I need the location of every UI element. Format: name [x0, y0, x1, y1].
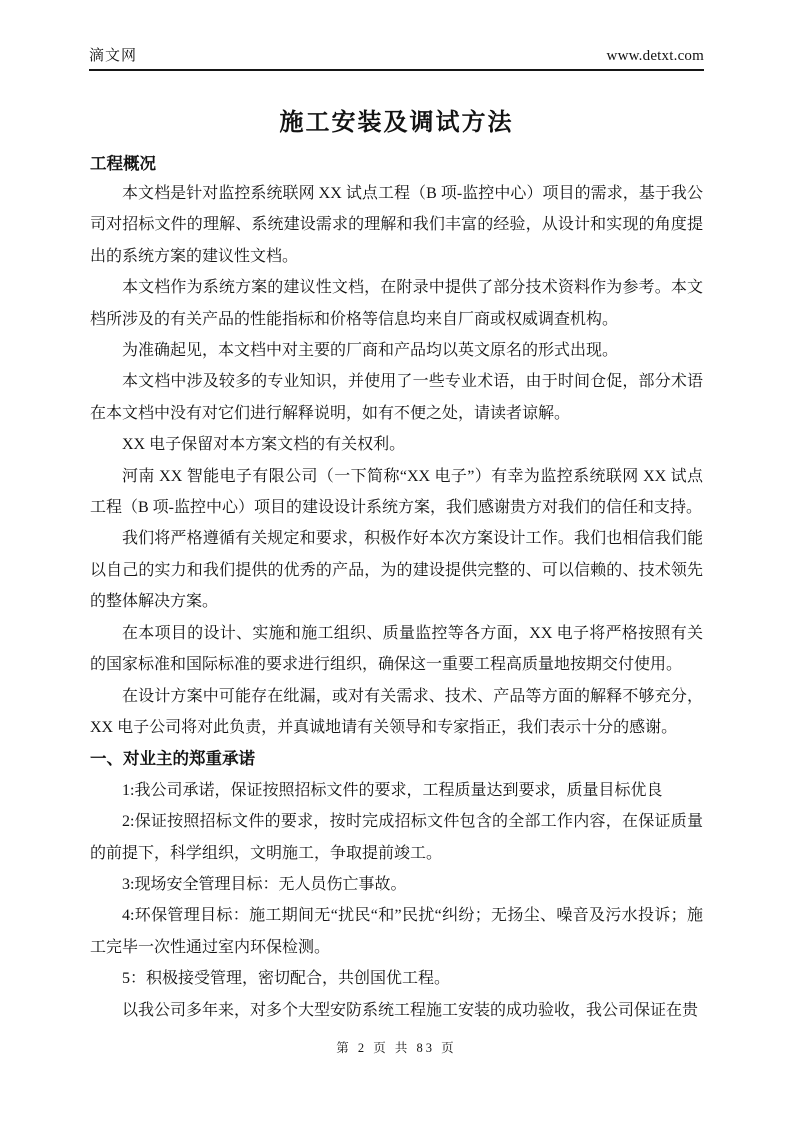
document-title: 施工安装及调试方法 [90, 106, 703, 140]
page-header: 滴文网 www.detxt.com [89, 46, 704, 71]
paragraph: 河南 XX 智能电子有限公司（一下简称“XX 电子”）有幸为监控系统联网 XX … [90, 461, 703, 524]
paragraph: 我们将严格遵循有关规定和要求，积极作好本次方案设计工作。我们也相信我们能以自己的… [90, 523, 703, 617]
site-name: 滴文网 [89, 46, 137, 66]
page-footer: 第 2 页 共 83 页 [0, 1039, 793, 1057]
paragraph: 本文档作为系统方案的建议性文档，在附录中提供了部分技术资料作为参考。本文档所涉及… [90, 272, 703, 335]
paragraph: XX 电子保留对本方案文档的有关权利。 [90, 429, 703, 460]
list-item: 1:我公司承诺，保证按照招标文件的要求，工程质量达到要求，质量目标优良 [90, 775, 703, 806]
page-number: 第 2 页 共 83 页 [336, 1041, 456, 1055]
list-item: 5：积极接受管理，密切配合，共创国优工程。 [90, 963, 703, 994]
section-heading-project-overview: 工程概况 [90, 150, 703, 178]
paragraph: 为准确起见，本文档中对主要的厂商和产品均以英文原名的形式出现。 [90, 335, 703, 366]
paragraph: 在设计方案中可能存在纰漏，或对有关需求、技术、产品等方面的解释不够充分，XX 电… [90, 681, 703, 744]
document-body: 施工安装及调试方法 工程概况 本文档是针对监控系统联网 XX 试点工程（B 项-… [90, 106, 703, 1026]
section-heading-owner-commitments: 一、对业主的郑重承诺 [90, 743, 703, 774]
list-item: 3:现场安全管理目标：无人员伤亡事故。 [90, 869, 703, 900]
list-item: 4:环保管理目标：施工期间无“扰民“和”民扰“纠纷；无扬尘、噪音及污水投诉；施工… [90, 900, 703, 963]
paragraph: 以我公司多年来，对多个大型安防系统工程施工安装的成功验收，我公司保证在贵 [90, 995, 703, 1026]
document-page: 滴文网 www.detxt.com 施工安装及调试方法 工程概况 本文档是针对监… [0, 0, 793, 1122]
site-url: www.detxt.com [607, 46, 704, 66]
paragraph: 本文档中涉及较多的专业知识，并使用了一些专业术语，由于时间仓促，部分术语在本文档… [90, 366, 703, 429]
list-item: 2:保证按照招标文件的要求，按时完成招标文件包含的全部工作内容，在保证质量的前提… [90, 806, 703, 869]
paragraph: 在本项目的设计、实施和施工组织、质量监控等各方面，XX 电子将严格按照有关的国家… [90, 618, 703, 681]
paragraph: 本文档是针对监控系统联网 XX 试点工程（B 项-监控中心）项目的需求，基于我公… [90, 178, 703, 272]
